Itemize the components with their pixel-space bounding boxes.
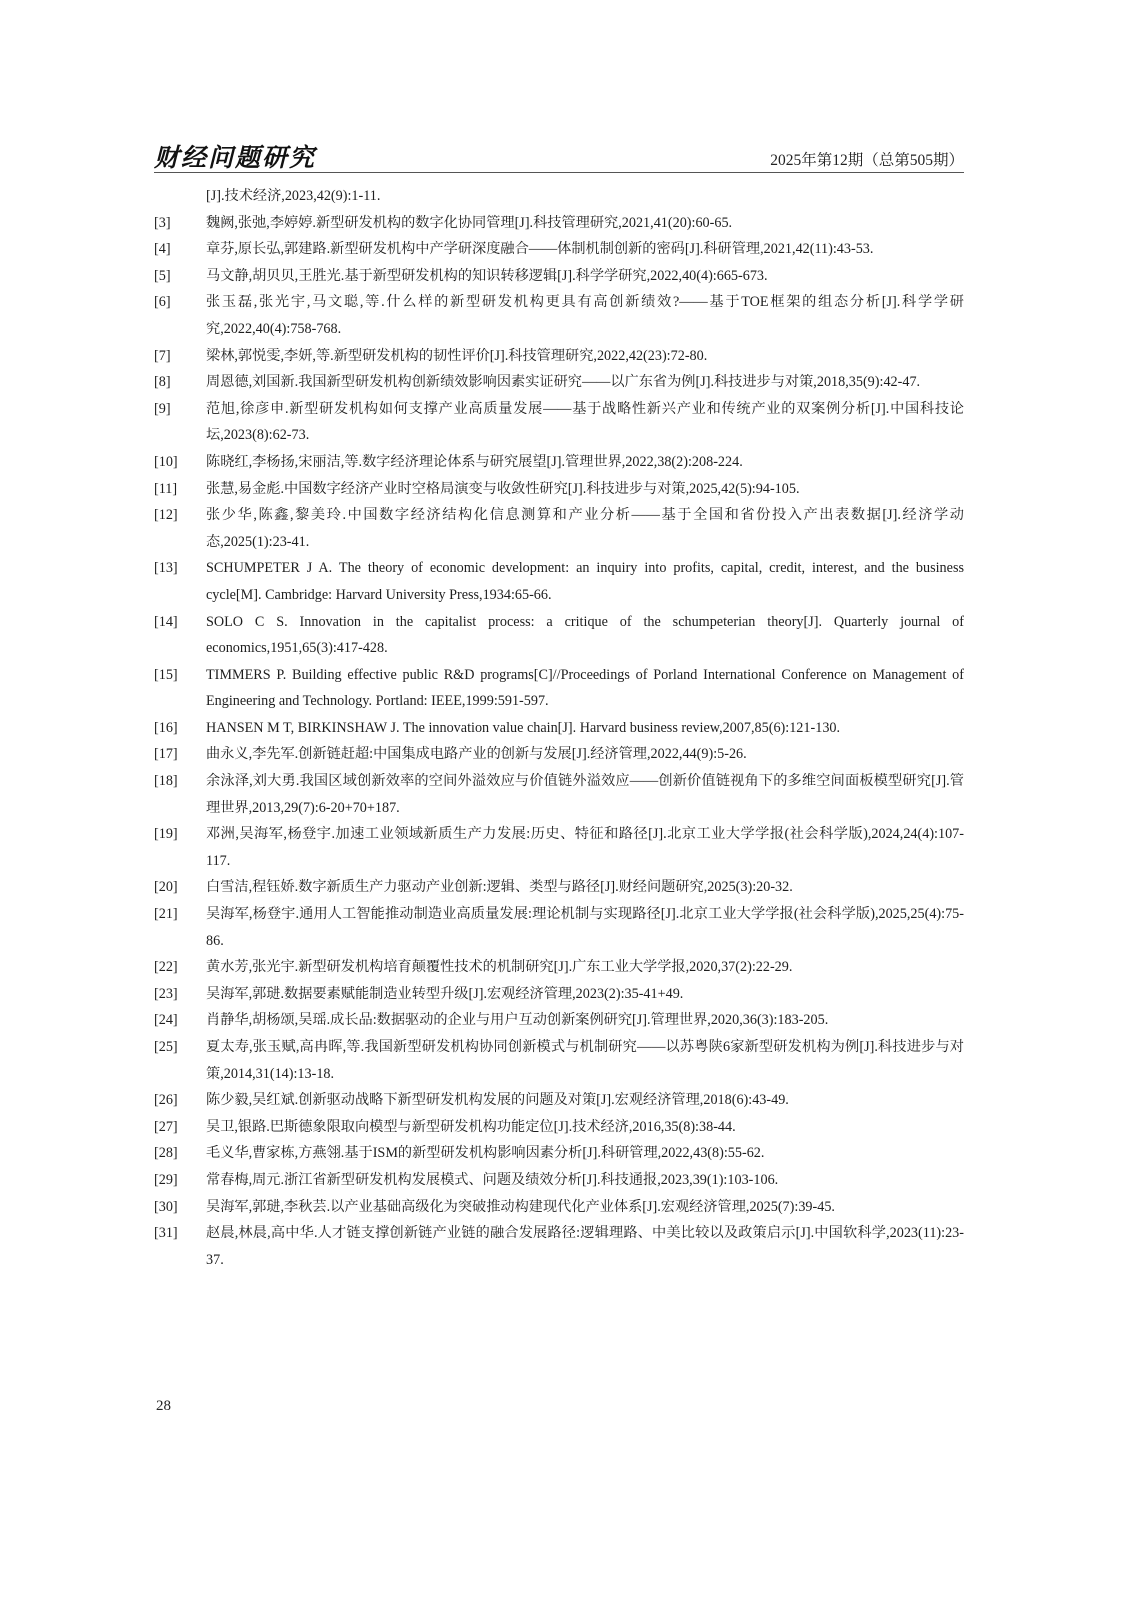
reference-text: 陈少毅,吴红斌.创新驱动战略下新型研发机构发展的问题及对策[J].宏观经济管理,… (206, 1092, 789, 1108)
reference-number: [28] (154, 1140, 200, 1167)
reference-text: 肖静华,胡杨颂,吴瑶.成长品:数据驱动的企业与用户互动创新案例研究[J].管理世… (206, 1012, 828, 1028)
reference-text: 夏太寿,张玉赋,高冉晖,等.我国新型研发机构协同创新模式与机制研究——以苏粤陕6… (206, 1039, 964, 1082)
reference-text: 梁林,郭悦雯,李妍,等.新型研发机构的韧性评价[J].科技管理研究,2022,4… (206, 348, 707, 364)
reference-number: [19] (154, 821, 200, 848)
reference-item: [10]陈晓红,李杨扬,宋丽洁,等.数字经济理论体系与研究展望[J].管理世界,… (154, 449, 964, 476)
reference-number: [15] (154, 662, 200, 689)
reference-number: [13] (154, 555, 200, 582)
reference-item: [26]陈少毅,吴红斌.创新驱动战略下新型研发机构发展的问题及对策[J].宏观经… (154, 1087, 964, 1114)
reference-item: [23]吴海军,郭琎.数据要素赋能制造业转型升级[J].宏观经济管理,2023(… (154, 981, 964, 1008)
reference-item: [3]魏阙,张弛,李婷婷.新型研发机构的数字化协同管理[J].科技管理研究,20… (154, 210, 964, 237)
reference-item: [12]张少华,陈鑫,黎美玲.中国数字经济结构化信息测算和产业分析——基于全国和… (154, 502, 964, 555)
issue-info: 2025年第12期（总第505期） (770, 148, 964, 170)
reference-number: [5] (154, 263, 200, 290)
reference-number: [18] (154, 768, 200, 795)
reference-text: 吴海军,杨登宇.通用人工智能推动制造业高质量发展:理论机制与实现路径[J].北京… (206, 906, 964, 949)
reference-text: 白雪洁,程钰娇.数字新质生产力驱动产业创新:逻辑、类型与路径[J].财经问题研究… (206, 879, 793, 895)
reference-item: [13]SCHUMPETER J A. The theory of econom… (154, 555, 964, 608)
running-header: 财经问题研究 2025年第12期（总第505期） (154, 136, 964, 173)
reference-number: [12] (154, 502, 200, 529)
reference-item: [5]马文静,胡贝贝,王胜光.基于新型研发机构的知识转移逻辑[J].科学学研究,… (154, 263, 964, 290)
reference-text: 魏阙,张弛,李婷婷.新型研发机构的数字化协同管理[J].科技管理研究,2021,… (206, 215, 732, 231)
reference-item: [6]张玉磊,张光宇,马文聪,等.什么样的新型研发机构更具有高创新绩效?——基于… (154, 289, 964, 342)
reference-number: [21] (154, 901, 200, 928)
reference-number: [23] (154, 981, 200, 1008)
reference-number: [31] (154, 1220, 200, 1247)
reference-text: 张慧,易金彪.中国数字经济产业时空格局演变与收敛性研究[J].科技进步与对策,2… (206, 481, 800, 497)
reference-number: [25] (154, 1034, 200, 1061)
reference-text: 赵晨,林晨,高中华.人才链支撑创新链产业链的融合发展路径:逻辑理路、中美比较以及… (206, 1225, 964, 1268)
reference-item: [28]毛义华,曹家栋,方燕翎.基于ISM的新型研发机构影响因素分析[J].科研… (154, 1140, 964, 1167)
reference-item: [9]范旭,徐彦申.新型研发机构如何支撑产业高质量发展——基于战略性新兴产业和传… (154, 396, 964, 449)
reference-text: 余泳泽,刘大勇.我国区域创新效率的空间外溢效应与价值链外溢效应——创新价值链视角… (206, 773, 964, 816)
reference-item: [18]余泳泽,刘大勇.我国区域创新效率的空间外溢效应与价值链外溢效应——创新价… (154, 768, 964, 821)
reference-number: [22] (154, 954, 200, 981)
reference-text: 吴海军,郭琎.数据要素赋能制造业转型升级[J].宏观经济管理,2023(2):3… (206, 986, 683, 1002)
reference-text: 邓洲,吴海军,杨登宇.加速工业领域新质生产力发展:历史、特征和路径[J].北京工… (206, 826, 964, 869)
reference-item: [15]TIMMERS P. Building effective public… (154, 662, 964, 715)
reference-item: [4]章芬,原长弘,郭建路.新型研发机构中产学研深度融合——体制机制创新的密码[… (154, 236, 964, 263)
reference-list: [J].技术经济,2023,42(9):1-11.[3]魏阙,张弛,李婷婷.新型… (154, 183, 964, 1273)
reference-number: [16] (154, 715, 200, 742)
reference-item: [8]周恩德,刘国新.我国新型研发机构创新绩效影响因素实证研究——以广东省为例[… (154, 369, 964, 396)
reference-item: [19]邓洲,吴海军,杨登宇.加速工业领域新质生产力发展:历史、特征和路径[J]… (154, 821, 964, 874)
reference-text: 张少华,陈鑫,黎美玲.中国数字经济结构化信息测算和产业分析——基于全国和省份投入… (206, 507, 964, 550)
reference-text: 毛义华,曹家栋,方燕翎.基于ISM的新型研发机构影响因素分析[J].科研管理,2… (206, 1145, 764, 1161)
reference-item: [16]HANSEN M T, BIRKINSHAW J. The innova… (154, 715, 964, 742)
reference-item: [29]常春梅,周元.浙江省新型研发机构发展模式、问题及绩效分析[J].科技通报… (154, 1167, 964, 1194)
reference-item: [27]吴卫,银路.巴斯德象限取向模型与新型研发机构功能定位[J].技术经济,2… (154, 1114, 964, 1141)
reference-number: [7] (154, 343, 200, 370)
reference-item: [14]SOLO C S. Innovation in the capitali… (154, 609, 964, 662)
reference-item: [7]梁林,郭悦雯,李妍,等.新型研发机构的韧性评价[J].科技管理研究,202… (154, 343, 964, 370)
reference-number: [8] (154, 369, 200, 396)
reference-item: [22]黄水芳,张光宇.新型研发机构培育颠覆性技术的机制研究[J].广东工业大学… (154, 954, 964, 981)
reference-text: 吴卫,银路.巴斯德象限取向模型与新型研发机构功能定位[J].技术经济,2016,… (206, 1119, 736, 1135)
reference-item: [21]吴海军,杨登宇.通用人工智能推动制造业高质量发展:理论机制与实现路径[J… (154, 901, 964, 954)
reference-item: [25]夏太寿,张玉赋,高冉晖,等.我国新型研发机构协同创新模式与机制研究——以… (154, 1034, 964, 1087)
reference-number: [3] (154, 210, 200, 237)
reference-item: [20]白雪洁,程钰娇.数字新质生产力驱动产业创新:逻辑、类型与路径[J].财经… (154, 874, 964, 901)
reference-item: [30]吴海军,郭琎,李秋芸.以产业基础高级化为突破推动构建现代化产业体系[J]… (154, 1194, 964, 1221)
reference-number: [4] (154, 236, 200, 263)
journal-logo: 财经问题研究 (154, 138, 316, 174)
reference-text: 周恩德,刘国新.我国新型研发机构创新绩效影响因素实证研究——以广东省为例[J].… (206, 374, 920, 390)
reference-number: [9] (154, 396, 200, 423)
reference-text: SCHUMPETER J A. The theory of economic d… (206, 560, 964, 603)
reference-text: 章芬,原长弘,郭建路.新型研发机构中产学研深度融合——体制机制创新的密码[J].… (206, 241, 873, 257)
reference-number: [6] (154, 289, 200, 316)
reference-item: [17]曲永义,李先军.创新链赶超:中国集成电路产业的创新与发展[J].经济管理… (154, 741, 964, 768)
reference-text: SOLO C S. Innovation in the capitalist p… (206, 614, 964, 657)
reference-number: [17] (154, 741, 200, 768)
reference-item: [31]赵晨,林晨,高中华.人才链支撑创新链产业链的融合发展路径:逻辑理路、中美… (154, 1220, 964, 1273)
reference-text: HANSEN M T, BIRKINSHAW J. The innovation… (206, 720, 840, 736)
reference-item: [24]肖静华,胡杨颂,吴瑶.成长品:数据驱动的企业与用户互动创新案例研究[J]… (154, 1007, 964, 1034)
reference-number: [20] (154, 874, 200, 901)
reference-text: [J].技术经济,2023,42(9):1-11. (206, 188, 380, 204)
reference-number: [29] (154, 1167, 200, 1194)
reference-text: TIMMERS P. Building effective public R&D… (206, 667, 964, 710)
reference-text: 吴海军,郭琎,李秋芸.以产业基础高级化为突破推动构建现代化产业体系[J].宏观经… (206, 1199, 835, 1215)
reference-item: [J].技术经济,2023,42(9):1-11. (154, 183, 964, 210)
reference-number: [30] (154, 1194, 200, 1221)
reference-number: [10] (154, 449, 200, 476)
reference-number: [27] (154, 1114, 200, 1141)
reference-text: 马文静,胡贝贝,王胜光.基于新型研发机构的知识转移逻辑[J].科学学研究,202… (206, 268, 768, 284)
reference-text: 黄水芳,张光宇.新型研发机构培育颠覆性技术的机制研究[J].广东工业大学学报,2… (206, 959, 792, 975)
reference-text: 陈晓红,李杨扬,宋丽洁,等.数字经济理论体系与研究展望[J].管理世界,2022… (206, 454, 743, 470)
reference-number: [11] (154, 476, 200, 503)
reference-text: 曲永义,李先军.创新链赶超:中国集成电路产业的创新与发展[J].经济管理,202… (206, 746, 747, 762)
reference-number: [26] (154, 1087, 200, 1114)
reference-text: 常春梅,周元.浙江省新型研发机构发展模式、问题及绩效分析[J].科技通报,202… (206, 1172, 778, 1188)
reference-text: 张玉磊,张光宇,马文聪,等.什么样的新型研发机构更具有高创新绩效?——基于TOE… (206, 294, 964, 337)
page-number: 28 (156, 1398, 171, 1415)
reference-number: [24] (154, 1007, 200, 1034)
reference-number: [14] (154, 609, 200, 636)
reference-item: [11]张慧,易金彪.中国数字经济产业时空格局演变与收敛性研究[J].科技进步与… (154, 476, 964, 503)
reference-text: 范旭,徐彦申.新型研发机构如何支撑产业高质量发展——基于战略性新兴产业和传统产业… (206, 401, 964, 444)
